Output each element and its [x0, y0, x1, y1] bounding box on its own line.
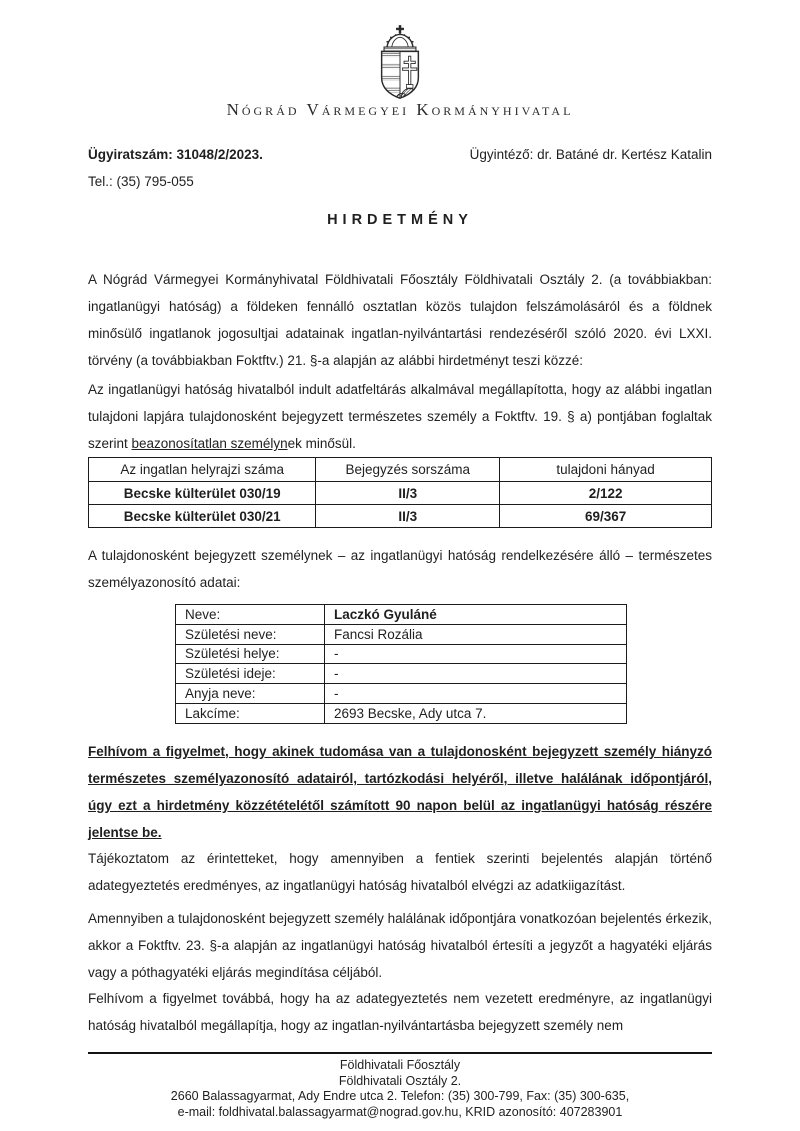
footer-line-department: Földhivatali Főosztály — [0, 1058, 800, 1074]
person-label: Születési neve: — [176, 624, 325, 644]
cell-entry: II/3 — [316, 482, 500, 505]
meta-row: Ügyiratszám: 31048/2/2023. Ügyintéző: dr… — [88, 147, 712, 162]
footer-line-email-krid: e-mail: foldhivatal.balassagyarmat@nogra… — [0, 1105, 800, 1121]
paragraph-intro: A Nógrád Vármegyei Kormányhivatal Földhi… — [88, 266, 712, 374]
shield — [382, 51, 424, 100]
property-table: Az ingatlan helyrajzi száma Bejegyzés so… — [88, 457, 712, 528]
cell-share: 2/122 — [500, 482, 712, 505]
footer-separator-line — [88, 1052, 712, 1054]
paragraph-finding-underlined-term: beazonosítatlan személyn — [132, 436, 288, 451]
person-value: - — [325, 664, 627, 684]
property-table-container: Az ingatlan helyrajzi száma Bejegyzés so… — [88, 457, 712, 528]
person-value: Fancsi Rozália — [325, 624, 627, 644]
table-row: Becske külterület 030/19 II/3 2/122 — [89, 482, 712, 505]
person-label: Születési helye: — [176, 644, 325, 664]
table-row: Születési helye: - — [176, 644, 627, 664]
paragraph-finding-after: ek minősül. — [288, 436, 356, 451]
paragraph-finding: Az ingatlanügyi hatóság hivatalból indul… — [88, 376, 712, 457]
organization-name: Nógrád Vármegyei Kormányhivatal — [0, 100, 800, 120]
phone-number: Tel.: (35) 795-055 — [88, 174, 194, 189]
paragraph-further-notice: Felhívom a figyelmet továbbá, hogy ha az… — [88, 985, 712, 1039]
table-row: Anyja neve: - — [176, 684, 627, 704]
person-label: Anyja neve: — [176, 684, 325, 704]
person-label: Lakcíme: — [176, 703, 325, 723]
cell-share: 69/367 — [500, 505, 712, 528]
table-row: Születési neve: Fancsi Rozália — [176, 624, 627, 644]
col-header-entry-number: Bejegyzés sorszáma — [316, 458, 500, 482]
cell-parcel: Becske külterület 030/21 — [89, 505, 316, 528]
col-header-parcel-number: Az ingatlan helyrajzi száma — [89, 458, 316, 482]
person-table: Neve: Laczkó Gyuláné Születési neve: Fan… — [175, 604, 627, 724]
person-value: - — [325, 644, 627, 664]
holy-crown — [384, 25, 416, 52]
person-value: - — [325, 684, 627, 704]
person-value: 2693 Becske, Ady utca 7. — [325, 703, 627, 723]
footer-line-address-phone: 2660 Balassagyarmat, Ady Endre utca 2. T… — [0, 1089, 800, 1105]
document-page: Nógrád Vármegyei Kormányhivatal Ügyirats… — [0, 0, 800, 1131]
table-row: Születési ideje: - — [176, 664, 627, 684]
table-row: Neve: Laczkó Gyuláné — [176, 605, 627, 625]
person-label: Neve: — [176, 605, 325, 625]
table-row: Becske külterület 030/21 II/3 69/367 — [89, 505, 712, 528]
table-row: Lakcíme: 2693 Becske, Ady utca 7. — [176, 703, 627, 723]
footer-line-division: Földhivatali Osztály 2. — [0, 1074, 800, 1090]
coat-of-arms-container — [371, 24, 429, 105]
person-value: Laczkó Gyuláné — [325, 605, 627, 625]
case-number: Ügyiratszám: 31048/2/2023. — [88, 147, 263, 162]
cell-entry: II/3 — [316, 505, 500, 528]
hungarian-coat-of-arms-icon — [371, 24, 429, 100]
paragraph-person-data-intro: A tulajdonosként bejegyzett személynek –… — [88, 542, 712, 596]
paragraph-information: Tájékoztatom az érintetteket, hogy amenn… — [88, 845, 712, 899]
person-label: Születési ideje: — [176, 664, 325, 684]
paragraph-notice-bold-text: Felhívom a figyelmet, hogy akinek tudomá… — [88, 744, 712, 840]
cell-parcel: Becske külterület 030/19 — [89, 482, 316, 505]
footer: Földhivatali Főosztály Földhivatali Oszt… — [0, 1058, 800, 1120]
col-header-ownership-share: tulajdoni hányad — [500, 458, 712, 482]
property-table-header-row: Az ingatlan helyrajzi száma Bejegyzés so… — [89, 458, 712, 482]
paragraph-death-report: Amennyiben a tulajdonosként bejegyzett s… — [88, 905, 712, 986]
paragraph-notice-bold: Felhívom a figyelmet, hogy akinek tudomá… — [88, 738, 712, 846]
document-title: HIRDETMÉNY — [0, 212, 800, 228]
person-table-container: Neve: Laczkó Gyuláné Születési neve: Fan… — [175, 604, 627, 724]
clerk-name: Ügyintéző: dr. Batáné dr. Kertész Katali… — [470, 147, 712, 162]
